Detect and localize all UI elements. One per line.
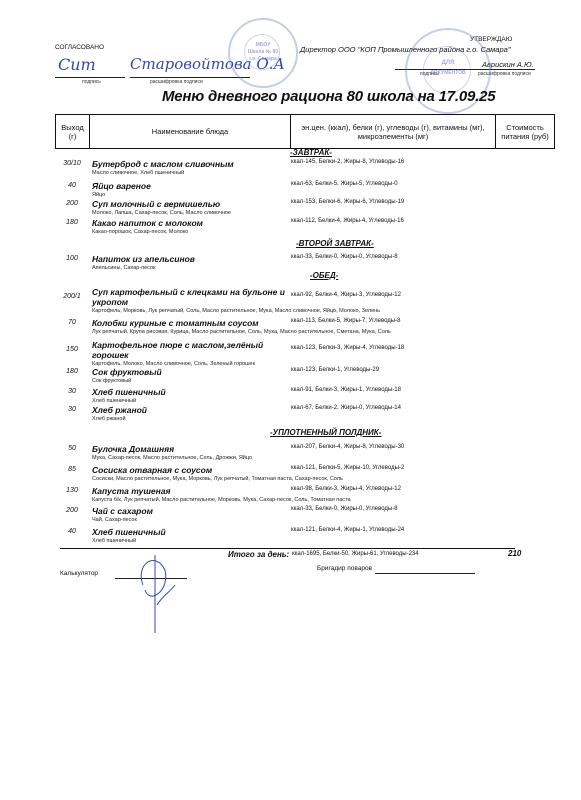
- item-nutrition: ккал-123, Белки-1, Углеводы-29: [291, 367, 379, 373]
- item-dish-name: Напиток из апельсинов: [92, 254, 292, 264]
- item-yield: 100: [55, 255, 89, 262]
- menu-table-header: Выход (г) Наименование блюда эн.цен. (кк…: [55, 114, 555, 149]
- item-yield: 30/10: [55, 160, 89, 167]
- item-ingredients: Мука, Сахар-песок, Масло растительное, С…: [92, 455, 252, 461]
- item-ingredients: Картофель, Морковь, Лук репчатый, Соль, …: [92, 308, 380, 314]
- total-nutrition: ккал-1695, Белки-50, Жиры-61, Углеводы-2…: [292, 551, 419, 557]
- cost-header: Стоимость питания (руб): [496, 115, 555, 149]
- total-label: Итого за день:: [228, 550, 289, 559]
- item-nutrition: ккал-67, Белки-2, Жиры-0, Углеводы-14: [291, 405, 401, 411]
- item-ingredients: Какао-порошок, Сахар-песок, Молоко: [92, 229, 188, 235]
- item-yield: 40: [55, 528, 89, 535]
- item-yield: 30: [55, 406, 89, 413]
- agreed-name-line: [130, 77, 250, 78]
- company-stamp-line-1: ДЛЯ: [431, 60, 465, 66]
- item-nutrition: ккал-113, Белки-5, Жиры-7, Углеводы-8: [291, 318, 400, 324]
- company-stamp-line-2: ДОКУМЕНТОВ: [423, 70, 473, 76]
- school-stamp-line-3: г.о. Самара: [244, 56, 282, 62]
- item-yield: 85: [55, 466, 89, 473]
- item-nutrition: ккал-153, Белки-6, Жиры-6, Углеводы-19: [291, 199, 404, 205]
- item-ingredients: Хлеб ржаной: [92, 416, 126, 422]
- item-dish-name: Бутерброд с маслом сливочным: [92, 159, 292, 169]
- school-stamp-line-1: МБОУ: [248, 42, 278, 48]
- item-dish-name: Сосиска отварная с соусом: [92, 465, 292, 475]
- item-yield: 30: [55, 388, 89, 395]
- item-yield: 200: [55, 200, 89, 207]
- calculator-signature: [135, 545, 180, 635]
- item-nutrition: ккал-145, Белки-2, Жиры-8, Углеводы-16: [291, 159, 404, 165]
- item-dish-name: Чай с сахаром: [92, 506, 292, 516]
- item-yield: 40: [55, 182, 89, 189]
- section-heading: -УПЛОТНЕННЫЙ ПОЛДНИК-: [270, 428, 381, 437]
- item-dish-name: Капуста тушеная: [92, 486, 292, 496]
- chef-signature-line: [375, 573, 475, 574]
- item-yield: 130: [55, 487, 89, 494]
- agreed-signature: Сит: [58, 55, 96, 74]
- item-ingredients: Хлеб пшеничный: [92, 398, 136, 404]
- school-stamp: МБОУ Школа № 80 г.о. Самара: [228, 18, 298, 88]
- item-dish-name: Яйцо вареное: [92, 181, 292, 191]
- agreed-signature-line: [55, 77, 125, 78]
- item-ingredients: Сосиски, Масло растительное, Мука, Морко…: [92, 476, 343, 482]
- item-dish-name: Сок фруктовый: [92, 367, 292, 377]
- item-nutrition: ккал-121, Белки-5, Жиры-10, Углеводы-2: [291, 465, 404, 471]
- section-heading: -ЗАВТРАК-: [290, 148, 332, 157]
- yield-header: Выход (г): [56, 115, 90, 149]
- item-yield: 180: [55, 219, 89, 226]
- item-dish-name: Хлеб пшеничный: [92, 527, 292, 537]
- item-nutrition: ккал-33, Белки-0, Жиры-0, Углеводы-8: [291, 254, 398, 260]
- agreed-name-caption: расшифровка подписи: [150, 79, 203, 85]
- section-heading: -ОБЕД-: [310, 271, 338, 280]
- agreed-label: СОГЛАСОВАНО: [55, 44, 104, 51]
- item-nutrition: ккал-123, Белки-3, Жиры-4, Углеводы-18: [291, 345, 404, 351]
- item-ingredients: Масло сливочное, Хлеб пшеничный: [92, 170, 184, 176]
- item-dish-name: Какао напиток с молоком: [92, 218, 292, 228]
- total-cost: 210: [508, 549, 521, 558]
- item-yield: 200: [55, 507, 89, 514]
- item-nutrition: ккал-112, Белки-4, Жиры-4, Углеводы-16: [291, 218, 404, 224]
- item-dish-name: Колобки куриные с томатным соусом: [92, 318, 292, 328]
- item-dish-name: Суп картофельный с клецками на бульоне и…: [92, 287, 292, 307]
- item-dish-name: Хлеб пшеничный: [92, 387, 292, 397]
- item-ingredients: Лук репчатый, Крупа рисовая, Курица, Мас…: [92, 329, 391, 335]
- agreed-signature-caption: подпись: [82, 79, 101, 85]
- item-nutrition: ккал-33, Белки-0, Жиры-0, Углеводы-8: [291, 506, 398, 512]
- item-dish-name: Булочка Домашняя: [92, 444, 292, 454]
- item-nutrition: ккал-121, Белки-4, Жиры-1, Углеводы-24: [291, 527, 404, 533]
- item-yield: 70: [55, 319, 89, 326]
- item-ingredients: Яйцо: [92, 192, 105, 198]
- item-nutrition: ккал-91, Белки-3, Жиры-1, Углеводы-18: [291, 387, 401, 393]
- item-ingredients: Молоко, Лапша, Сахар-песок, Соль, Масло …: [92, 210, 231, 216]
- dish-name-header: Наименование блюда: [90, 115, 291, 149]
- chef-label: Бригадир поваров: [317, 565, 372, 572]
- nutrition-header: эн.цен. (ккал), белки (г), углеводы (г),…: [291, 115, 496, 149]
- item-yield: 50: [55, 445, 89, 452]
- item-yield: 180: [55, 368, 89, 375]
- total-divider: [60, 548, 515, 549]
- item-dish-name: Хлеб ржаной: [92, 405, 292, 415]
- item-ingredients: Апельсины, Сахар-песок: [92, 265, 156, 271]
- item-yield: 150: [55, 346, 89, 353]
- school-stamp-line-2: Школа № 80: [244, 49, 282, 55]
- item-nutrition: ккал-207, Белки-4, Жиры-8, Углеводы-30: [291, 444, 404, 450]
- item-ingredients: Капуста б/к, Лук репчатый, Масло растите…: [92, 497, 351, 503]
- item-dish-name: Картофельное пюре с маслом,зелёный горош…: [92, 340, 292, 360]
- item-nutrition: ккал-92, Белки-4, Жиры-3, Углеводы-12: [291, 292, 401, 298]
- item-dish-name: Суп молочный с вермишелью: [92, 199, 292, 209]
- item-nutrition: ккал-98, Белки-3, Жиры-4, Углеводы-12: [291, 486, 401, 492]
- item-nutrition: ккал-63, Белки-5, Жиры-5, Углеводы-0: [291, 181, 398, 187]
- item-ingredients: Чай, Сахар-песок: [92, 517, 137, 523]
- calculator-label: Калькулятор: [60, 570, 98, 577]
- page-title: Меню дневного рациона 80 школа на 17.09.…: [162, 88, 495, 105]
- item-yield: 200/1: [55, 293, 89, 300]
- item-ingredients: Хлеб пшеничный: [92, 538, 136, 544]
- section-heading: -ВТОРОЙ ЗАВТРАК-: [296, 239, 374, 248]
- item-ingredients: Сок фруктовый: [92, 378, 131, 384]
